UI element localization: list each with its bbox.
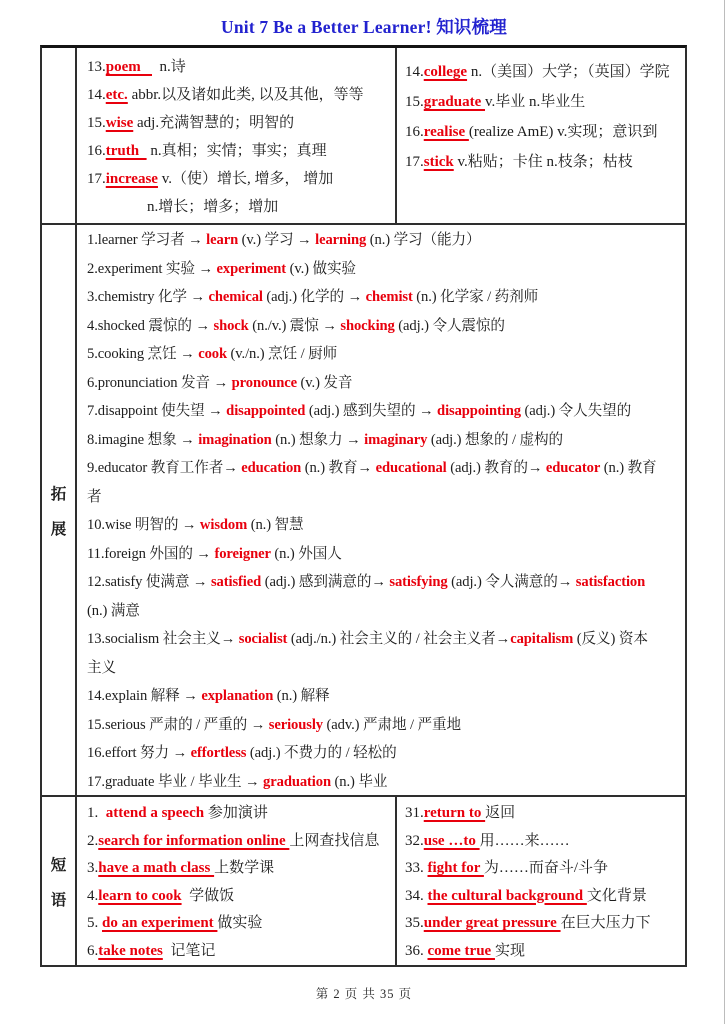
- row-label-empty: [42, 48, 77, 223]
- row-label-expansion: 拓展: [42, 225, 77, 795]
- entry-line: 10.wise 明智的 → wisdom (n.) 智慧: [87, 511, 683, 540]
- entry-line: 6.pronunciation 发音 → pronounce (v.) 发音: [87, 369, 683, 398]
- entry-line: 31.return to 返回: [405, 800, 682, 828]
- entry-line: 7.disappoint 使失望 → disappointed (adj.) 感…: [87, 397, 683, 426]
- entry-line: 33. fight for 为……而奋斗/斗争: [405, 855, 682, 883]
- phrases-right-cell: 31.return to 返回32.use …to 用……来……33. figh…: [397, 797, 685, 965]
- table-row-phrases: 短语 1. attend a speech 参加演讲2.search for i…: [42, 797, 685, 965]
- vocab-table: 13.poem n.诗14.etc. abbr.以及诸如此类, 以及其他，等等1…: [40, 45, 687, 967]
- entry-line: 36. come true 实现: [405, 938, 682, 966]
- entry-line: 1.learner 学习者 → learn (v.) 学习 → learning…: [87, 226, 683, 255]
- table-row-expansion: 拓展 1.learner 学习者 → learn (v.) 学习 → learn…: [42, 225, 685, 797]
- entry-line: (n.) 满意: [87, 597, 683, 626]
- entry-line: 32.use …to 用……来……: [405, 828, 682, 856]
- entry-line: 15.wise adj.充满智慧的；明智的: [87, 109, 392, 137]
- entry-line: 13.socialism 社会主义→ socialist (adj./n.) 社…: [87, 625, 683, 654]
- row-label-char: 短: [51, 853, 67, 875]
- row-label-char: 拓: [51, 482, 67, 504]
- entry-line: 17.stick v.粘贴；卡住 n.枝条；枯枝: [405, 147, 682, 177]
- row-label-char: 展: [51, 517, 67, 539]
- row-label-char: 语: [51, 888, 67, 910]
- vocab-left-cell: 13.poem n.诗14.etc. abbr.以及诸如此类, 以及其他，等等1…: [77, 48, 397, 223]
- entry-line: 6.take notes 记笔记: [87, 938, 392, 966]
- entry-line: 3.chemistry 化学 → chemical (adj.) 化学的 → c…: [87, 283, 683, 312]
- entry-line: 16.realise (realize AmE) v.实现；意识到: [405, 117, 682, 147]
- entry-line: 4.learn to cook 学做饭: [87, 883, 392, 911]
- entry-line: 8.imagine 想象 → imagination (n.) 想象力 → im…: [87, 426, 683, 455]
- page-number: 第 2 页 共 35 页: [0, 984, 728, 1002]
- entry-line: 14.explain 解释 → explanation (n.) 解释: [87, 682, 683, 711]
- entry-line: 3.have a math class 上数学课: [87, 855, 392, 883]
- entry-line: 4.shocked 震惊的 → shock (n./v.) 震惊 → shock…: [87, 312, 683, 341]
- phrases-left-cell: 1. attend a speech 参加演讲2.search for info…: [77, 797, 397, 965]
- entry-line: 17.increase v.（使）增长, 增多， 增加: [87, 165, 392, 193]
- expansion-cell: 1.learner 学习者 → learn (v.) 学习 → learning…: [77, 225, 685, 795]
- entry-line: 者: [87, 483, 683, 512]
- entry-line: 5.cooking 烹饪 → cook (v./n.) 烹饪 / 厨师: [87, 340, 683, 369]
- entry-line: 35.under great pressure 在巨大压力下: [405, 910, 682, 938]
- table-row-vocabulary: 13.poem n.诗14.etc. abbr.以及诸如此类, 以及其他，等等1…: [42, 48, 685, 225]
- entry-line: 16.effort 努力 → effortless (adj.) 不费力的 / …: [87, 739, 683, 768]
- entry-line: 17.graduate 毕业 / 毕业生 → graduation (n.) 毕…: [87, 768, 683, 796]
- entry-line: 9.educator 教育工作者→ education (n.) 教育→ edu…: [87, 454, 683, 483]
- entry-line: n.增长；增多；增加: [87, 193, 392, 221]
- entry-line: 12.satisfy 使满意 → satisfied (adj.) 感到满意的→…: [87, 568, 683, 597]
- entry-line: 16.truth n.真相；实情；事实；真理: [87, 137, 392, 165]
- entry-line: 主义: [87, 654, 683, 683]
- entry-line: 14.college n.（美国）大学；（英国）学院: [405, 57, 682, 87]
- entry-line: 34. the cultural background 文化背景: [405, 883, 682, 911]
- entry-line: 14.etc. abbr.以及诸如此类, 以及其他，等等: [87, 81, 392, 109]
- entry-line: 5. do an experiment 做实验: [87, 910, 392, 938]
- entry-line: 15.graduate v.毕业 n.毕业生: [405, 87, 682, 117]
- vocab-right-cell: 14.college n.（美国）大学；（英国）学院15.graduate v.…: [397, 48, 685, 223]
- entry-line: 13.poem n.诗: [87, 53, 392, 81]
- entry-line: 11.foreign 外国的 → foreigner (n.) 外国人: [87, 540, 683, 569]
- page-edge-line: [724, 0, 725, 1024]
- entry-line: 1. attend a speech 参加演讲: [87, 800, 392, 828]
- row-label-phrases: 短语: [42, 797, 77, 965]
- entry-line: 2.experiment 实验 → experiment (v.) 做实验: [87, 255, 683, 284]
- entry-line: 15.serious 严肃的 / 严重的 → seriously (adv.) …: [87, 711, 683, 740]
- page-title: Unit 7 Be a Better Learner! 知识梳理: [0, 14, 728, 39]
- entry-line: 2.search for information online 上网查找信息: [87, 828, 392, 856]
